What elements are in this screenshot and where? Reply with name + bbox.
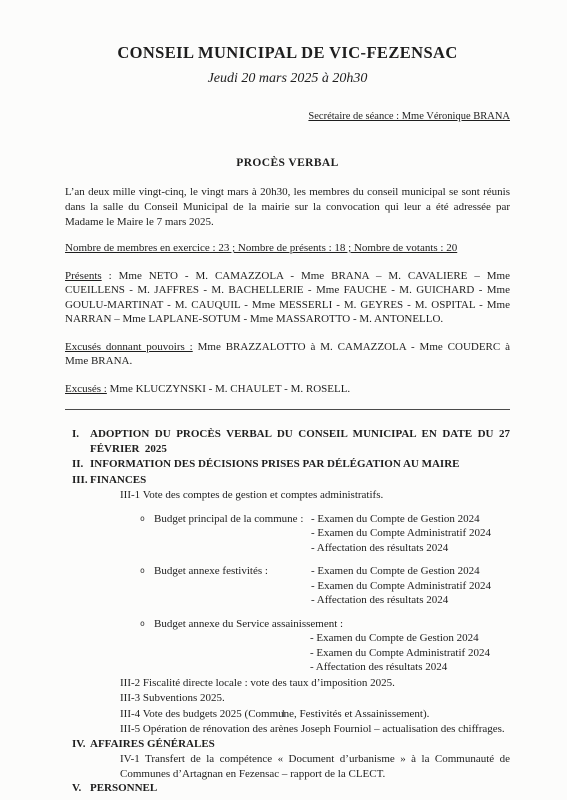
agenda-numeral: V. bbox=[65, 781, 90, 796]
document-page: CONSEIL MUNICIPAL DE VIC-FEZENSAC Jeudi … bbox=[0, 0, 567, 800]
document-title: CONSEIL MUNICIPAL DE VIC-FEZENSAC bbox=[65, 44, 510, 63]
section-divider bbox=[65, 409, 510, 410]
budget-sub-item: - Affectation des résultats 2024 bbox=[311, 541, 510, 556]
budget-label: Budget annexe du Service assainissement … bbox=[154, 617, 343, 632]
budget-sub-items: - Examen du Compte de Gestion 2024 - Exa… bbox=[311, 564, 510, 608]
finance-sub-item-iii5: III-5 Opération de rénovation des arènes… bbox=[120, 722, 510, 737]
budget-label: Budget principal de la commune : bbox=[154, 512, 311, 556]
budget-row-festivites: o Budget annexe festivités : - Examen du… bbox=[140, 564, 510, 608]
member-counts-line: Nombre de membres en exercice : 23 ; Nom… bbox=[65, 241, 510, 256]
budget-sub-item: - Examen du Compte Administratif 2024 bbox=[310, 646, 510, 661]
secretary-line: Secrétaire de séance : Mme Véronique BRA… bbox=[65, 110, 510, 124]
excused-label: Excusés : bbox=[65, 383, 107, 395]
agenda-item-title: FINANCES bbox=[90, 473, 510, 488]
agenda-item-title: PERSONNEL bbox=[90, 781, 510, 796]
session-date: Jeudi 20 mars 2025 à 20h30 bbox=[65, 70, 510, 88]
agenda-numeral: III. bbox=[65, 473, 90, 488]
excused-proxy-paragraph: Excusés donnant pouvoirs : Mme BRAZZALOT… bbox=[65, 340, 510, 369]
circle-bullet-icon: o bbox=[140, 564, 154, 608]
page-number: 1 bbox=[0, 708, 567, 722]
agenda-item-title: INFORMATION DES DÉCISIONS PRISES PAR DÉL… bbox=[90, 457, 510, 472]
budget-sub-item: - Examen du Compte de Gestion 2024 bbox=[311, 564, 510, 579]
circle-bullet-icon: o bbox=[140, 617, 154, 632]
budget-sub-item: - Affectation des résultats 2024 bbox=[311, 593, 510, 608]
budget-label: Budget annexe festivités : bbox=[154, 564, 311, 608]
agenda-numeral: IV. bbox=[65, 737, 90, 752]
agenda-item-1: I. ADOPTION DU PROCÈS VERBAL DU CONSEIL … bbox=[65, 427, 510, 456]
agenda-item-title: AFFAIRES GÉNÉRALES bbox=[90, 737, 510, 752]
budget-label-row: o Budget annexe du Service assainissemen… bbox=[140, 617, 510, 632]
budget-sub-item: - Affectation des résultats 2024 bbox=[310, 660, 510, 675]
excused-text: Mme KLUCZYNSKI - M. CHAULET - M. ROSELL. bbox=[107, 383, 350, 395]
intro-paragraph: L’an deux mille vingt-cinq, le vingt mar… bbox=[65, 185, 510, 229]
budget-sub-item: - Examen du Compte de Gestion 2024 bbox=[310, 631, 510, 646]
agenda-item-title: ADOPTION DU PROCÈS VERBAL DU CONSEIL MUN… bbox=[90, 427, 510, 456]
budget-sub-item: - Examen du Compte Administratif 2024 bbox=[311, 579, 510, 594]
presents-paragraph: Présents : Mme NETO - M. CAMAZZOLA - Mme… bbox=[65, 269, 510, 327]
finance-sub-item-iii3: III-3 Subventions 2025. bbox=[120, 691, 510, 706]
general-sub-item-iv1: IV-1 Transfert de la compétence « Docume… bbox=[120, 752, 510, 781]
presents-text: : Mme NETO - M. CAMAZZOLA - Mme BRANA – … bbox=[65, 270, 510, 326]
agenda-numeral: II. bbox=[65, 457, 90, 472]
proces-verbal-heading: PROCÈS VERBAL bbox=[65, 156, 510, 171]
finance-sub-item-iii1: III-1 Vote des comptes de gestion et com… bbox=[120, 488, 510, 503]
agenda-numeral: I. bbox=[65, 427, 90, 456]
agenda-item-4: IV. AFFAIRES GÉNÉRALES bbox=[65, 737, 510, 752]
agenda-item-3: III. FINANCES bbox=[65, 473, 510, 488]
agenda-item-2: II. INFORMATION DES DÉCISIONS PRISES PAR… bbox=[65, 457, 510, 472]
excused-paragraph: Excusés : Mme KLUCZYNSKI - M. CHAULET - … bbox=[65, 382, 510, 397]
budget-row-commune: o Budget principal de la commune : - Exa… bbox=[140, 512, 510, 556]
presents-label: Présents bbox=[65, 270, 102, 282]
finance-sub-item-iii2: III-2 Fiscalité directe locale : vote de… bbox=[120, 676, 510, 691]
budget-sub-items: - Examen du Compte de Gestion 2024 - Exa… bbox=[310, 631, 510, 675]
circle-bullet-icon: o bbox=[140, 512, 154, 556]
budget-sub-items: - Examen du Compte de Gestion 2024 - Exa… bbox=[311, 512, 510, 556]
member-counts-text: Nombre de membres en exercice : 23 ; Nom… bbox=[65, 242, 457, 254]
budget-sub-item: - Examen du Compte Administratif 2024 bbox=[311, 526, 510, 541]
agenda-item-5: V. PERSONNEL bbox=[65, 781, 510, 796]
excused-proxy-label: Excusés donnant pouvoirs : bbox=[65, 341, 193, 353]
agenda-list: I. ADOPTION DU PROCÈS VERBAL DU CONSEIL … bbox=[65, 427, 510, 796]
secretary-text: Secrétaire de séance : Mme Véronique BRA… bbox=[308, 111, 510, 122]
budget-row-assainissement: o Budget annexe du Service assainissemen… bbox=[140, 617, 510, 675]
budget-sub-item: - Examen du Compte de Gestion 2024 bbox=[311, 512, 510, 527]
